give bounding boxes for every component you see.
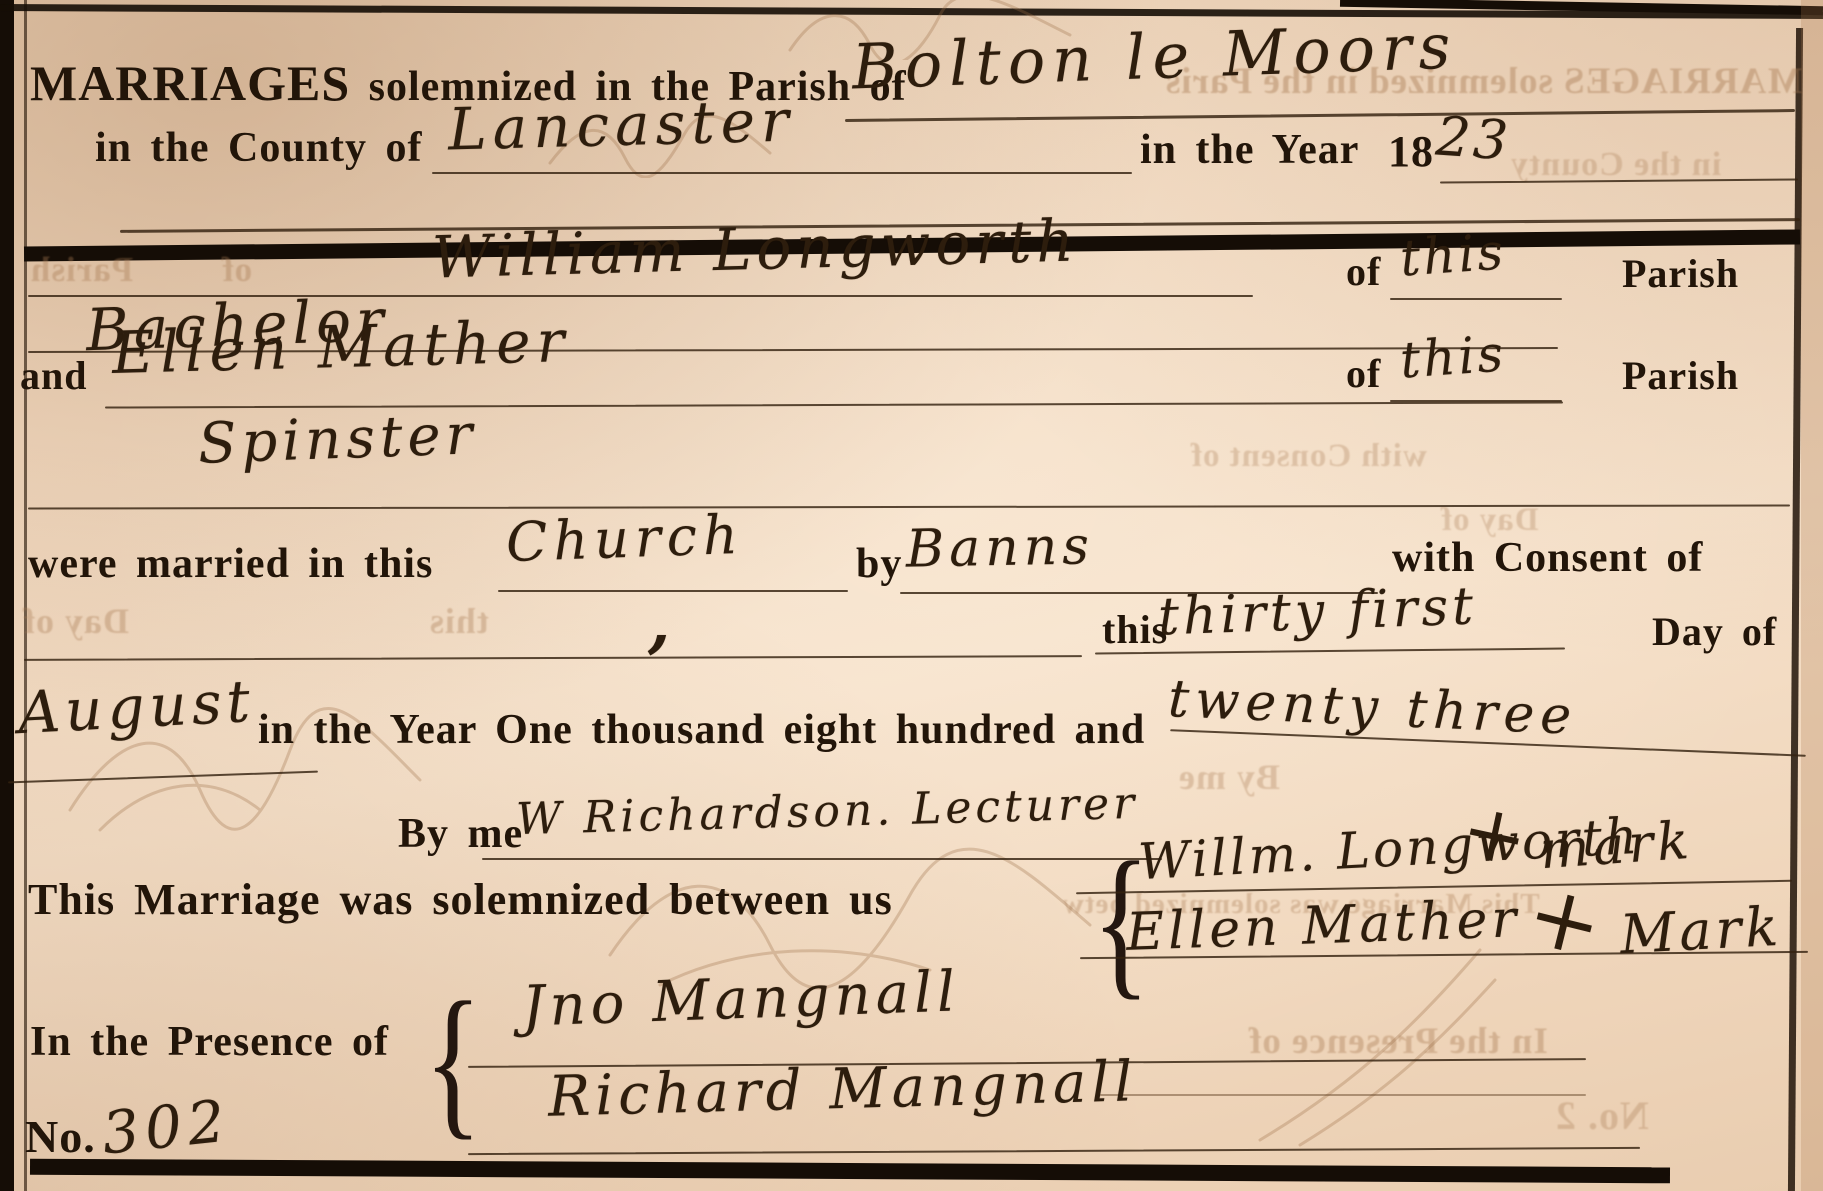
officiant-underline <box>482 858 1162 860</box>
consent-label: with Consent of <box>1392 534 1703 582</box>
bottom-separator-bar <box>30 1159 1670 1184</box>
extra-right-line <box>1100 1094 1586 1096</box>
presence-brace: { <box>424 986 482 1137</box>
number-label: No. <box>25 1110 96 1163</box>
groom-parish-line <box>1390 298 1562 300</box>
witness-signature-2: Richard Mangnall <box>547 1054 1137 1125</box>
bride-parish-line <box>1390 400 1562 402</box>
bleed-county-mirror: in the County <box>1510 146 1721 184</box>
witness-line-2 <box>468 1147 1640 1155</box>
married-label: were married in this <box>28 540 433 588</box>
right-edge-shade <box>1801 0 1823 1191</box>
groom-parish-label: Parish <box>1622 250 1739 297</box>
bleed-consent-mirror: with Consent of <box>1190 438 1427 475</box>
bride-parish-label: Parish <box>1622 352 1739 399</box>
bleed-parish-row-mirror: of Parish <box>30 250 252 290</box>
bride-condition: Spinster <box>197 407 478 473</box>
month-value: August <box>17 672 257 742</box>
bleedthrough-squiggle <box>1240 940 1500 1150</box>
county-underline <box>432 172 1132 174</box>
bleed-number-mirror: No. 2 <box>1555 1092 1649 1139</box>
bride-parish-value: this <box>1398 328 1507 385</box>
parish-underline <box>845 109 1795 122</box>
number-value: 302 <box>99 1091 233 1162</box>
consent-comma: , <box>648 592 673 656</box>
groom-of-label: of <box>1346 248 1381 295</box>
officiant-signature: W Richardson. Lecturer <box>516 782 1139 842</box>
bride-of-label: of <box>1346 350 1381 397</box>
county-value-handwritten: Lancaster <box>447 91 795 158</box>
day-value: thirty first <box>1157 580 1478 643</box>
marriage-register-page: MARRIAGES solemnized in the Paris in the… <box>0 0 1823 1191</box>
by-method: Banns <box>906 520 1095 575</box>
day-of-label: Day of <box>1652 608 1777 655</box>
by-me-label: By me <box>398 810 523 858</box>
bride-name: Ellen Mather <box>111 312 571 382</box>
married-place: Church <box>505 508 744 570</box>
year-handwritten-digits: 23 <box>1434 109 1512 168</box>
bleed-byme-mirror: By me <box>1178 756 1280 798</box>
witness-signature-1: Jno Mangnall <box>521 964 961 1035</box>
by-label: by <box>856 540 902 588</box>
county-label: in the County of <box>95 124 423 172</box>
header-marriages-word: MARRIAGES <box>30 55 350 111</box>
left-border-line <box>24 0 27 1191</box>
bride-signature: Ellen Mather <box>1125 893 1521 959</box>
solemnized-label: This Marriage was solemnized between us <box>28 874 893 925</box>
left-border-bar <box>0 0 14 1191</box>
year-label: in the Year <box>1140 126 1359 174</box>
bleed-day-row-mirror: this Day of <box>22 600 489 642</box>
groom-parish-value: this <box>1398 226 1507 283</box>
groom-name: William Longworth <box>431 212 1079 287</box>
year-printed-digits: 18 <box>1388 126 1434 177</box>
consent-blank-line <box>24 655 1082 661</box>
and-label: and <box>20 352 88 399</box>
presence-label: In the Presence of <box>30 1018 389 1066</box>
year-words-label: in the Year One thousand eight hundred a… <box>258 706 1145 754</box>
